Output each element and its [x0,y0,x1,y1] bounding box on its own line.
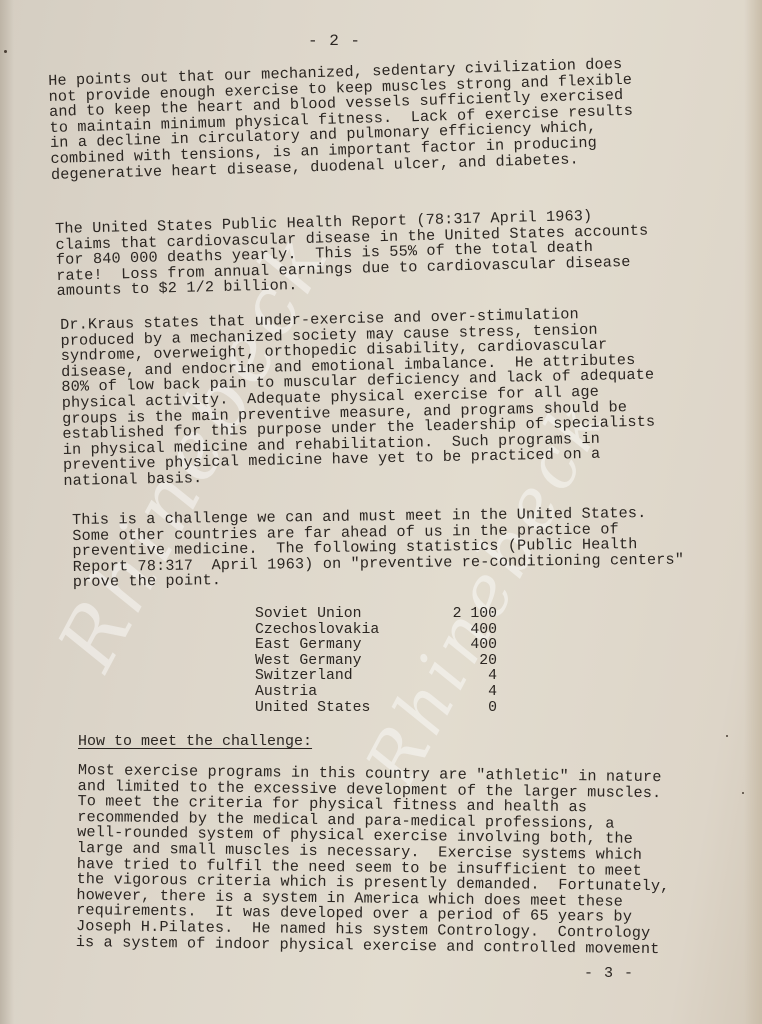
country-name: United States [255,701,370,717]
paragraph-challenge: This is a challenge we can and must meet… [72,506,684,591]
country-name: Austria [255,685,317,701]
center-count: 2 100 [453,607,497,623]
country-name: Switzerland [255,669,353,685]
statistics-row: United States0 [255,701,497,717]
paper-speck [726,735,728,737]
document-page: Rhinebeck Rhinebeck - 2 - He points out … [0,0,762,1024]
paper-edge-left [0,0,14,1024]
country-name: Soviet Union [255,607,362,623]
page-number-top: - 2 - [308,32,361,50]
statistics-table: Soviet Union2 100Czechoslovakia400East G… [255,607,497,716]
statistics-row: Soviet Union2 100 [255,607,497,623]
paper-speck [4,50,7,53]
country-name: West Germany [255,654,362,670]
section-heading: How to meet the challenge: [78,733,312,750]
country-name: Czechoslovakia [255,623,379,639]
paper-edge-right [744,0,762,1024]
paragraph-sedentary: He points out that our mechanized, seden… [48,57,635,183]
center-count: 4 [488,685,497,701]
page-number-bottom: - 3 - [584,965,634,982]
statistics-row: East Germany400 [255,638,497,654]
statistics-row: Austria4 [255,685,497,701]
center-count: 20 [479,654,497,670]
paragraph-dr-kraus: Dr.Kraus states that under-exercise and … [60,306,656,490]
center-count: 400 [470,638,497,654]
statistics-row: West Germany20 [255,654,497,670]
paper-speck [742,792,744,794]
paragraph-health-report: The United States Public Health Report (… [55,208,650,300]
center-count: 0 [488,701,497,717]
statistics-row: Czechoslovakia400 [255,623,497,639]
paragraph-contrology: Most exercise programs in this country a… [76,763,671,957]
statistics-row: Switzerland4 [255,669,497,685]
country-name: East Germany [255,638,362,654]
center-count: 400 [470,623,497,639]
center-count: 4 [488,669,497,685]
